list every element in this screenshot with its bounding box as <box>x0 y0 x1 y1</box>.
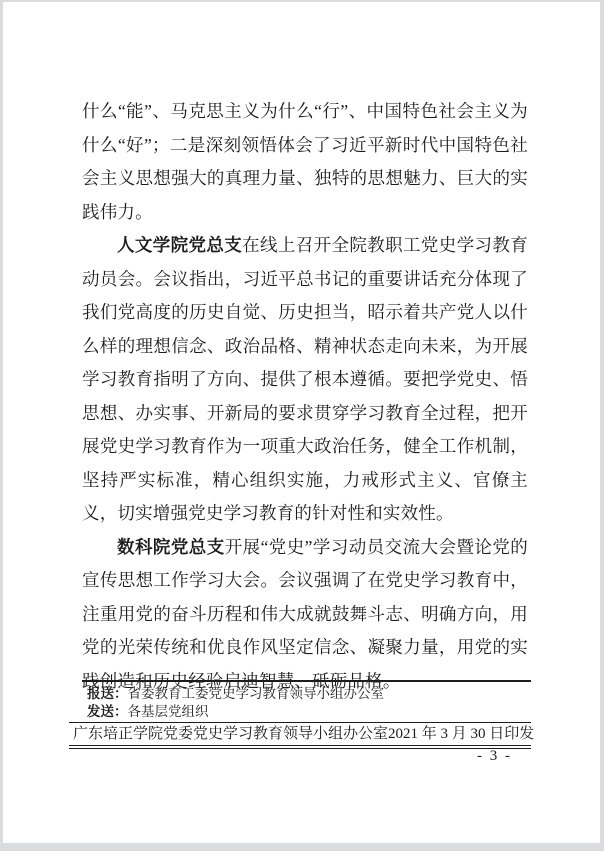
page-number: - 3 - <box>477 748 512 765</box>
copy-to-row: 报送：省委教育工委党史学习教育领导小组办公室 <box>87 685 531 703</box>
issuer-row: 广东培正学院党委党史学习教育领导小组办公室 2021 年 3 月 30 日印发 <box>69 723 531 745</box>
issuer-name: 广东培正学院党委党史学习教育领导小组办公室 <box>73 724 388 744</box>
send-to-row: 发送：各基层党组织 <box>87 703 531 721</box>
send-to-label: 发送： <box>87 704 128 719</box>
send-to-value: 各基层党组织 <box>128 704 209 719</box>
document-footer: 报送：省委教育工委党史学习教育领导小组办公室 发送：各基层党组织 广东培正学院党… <box>69 680 531 749</box>
paragraph-lead: 数科院党总支 <box>117 537 225 557</box>
distribution-block: 报送：省委教育工委党史学习教育领导小组办公室 发送：各基层党组织 <box>69 682 531 722</box>
paragraph-humanities-branch: 人文学院党总支在线上召开全院教职工党史学习教育动员会。会议指出，习近平总书记的重… <box>82 229 528 531</box>
document-viewport: 什么“能”、马克思主义为什么“行”、中国特色社会主义为什么“好”；二是深刻领悟体… <box>0 0 604 851</box>
paragraph-text: 什么“能”、马克思主义为什么“行”、中国特色社会主义为什么“好”；二是深刻领悟体… <box>82 101 528 222</box>
paragraph-text: 在线上召开全院教职工党史学习教育动员会。会议指出，习近平总书记的重要讲话充分体现… <box>82 235 528 523</box>
paragraph-text: 开展“党史”学习动员交流大会暨论党的宣传思想工作学习大会。会议强调了在党史学习教… <box>82 537 528 691</box>
print-date: 2021 年 3 月 30 日印发 <box>388 724 534 744</box>
paragraph-continuation: 什么“能”、马克思主义为什么“行”、中国特色社会主义为什么“好”；二是深刻领悟体… <box>82 95 528 229</box>
copy-to-value: 省委教育工委党史学习教育领导小组办公室 <box>128 686 385 701</box>
document-body-text: 什么“能”、马克思主义为什么“行”、中国特色社会主义为什么“好”；二是深刻领悟体… <box>82 95 528 698</box>
paragraph-math-science-branch: 数科院党总支开展“党史”学习动员交流大会暨论党的宣传思想工作学习大会。会议强调了… <box>82 531 528 699</box>
footer-bottom-rule <box>69 745 531 749</box>
document-page: 什么“能”、马克思主义为什么“行”、中国特色社会主义为什么“好”；二是深刻领悟体… <box>3 2 600 843</box>
paragraph-lead: 人文学院党总支 <box>117 235 242 255</box>
copy-to-label: 报送： <box>87 686 128 701</box>
